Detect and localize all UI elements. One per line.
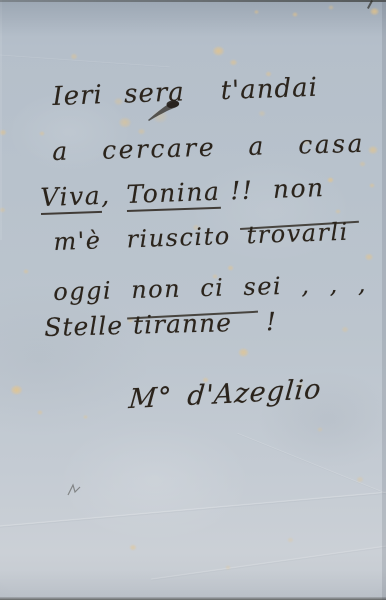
crossed-word-tiranne: tiranne bbox=[133, 310, 233, 338]
word-gap bbox=[111, 203, 127, 204]
line4-text-a: m'è riuscito bbox=[53, 222, 231, 256]
line3-comma: , bbox=[101, 181, 111, 210]
handwriting-line-6: Stelletiranne! bbox=[44, 309, 277, 340]
word-gap bbox=[232, 330, 266, 331]
line3-rest: !! non bbox=[230, 173, 325, 205]
line6-exclamation: ! bbox=[266, 307, 278, 336]
signature-line: M° d'Azeglio bbox=[128, 376, 323, 413]
line1-text-b: t'andai bbox=[220, 73, 318, 106]
line2-text: a cercare a casa bbox=[52, 129, 365, 166]
handwriting-line-2: a cercare a casa bbox=[52, 131, 365, 164]
handwriting-line-3: Viva,Tonina!! non bbox=[40, 175, 325, 210]
underlined-word-viva: Viva bbox=[40, 181, 102, 215]
letter-photo: Ieri serat'andai a cercare a casa Viva,T… bbox=[0, 0, 386, 600]
signature-text: M° d'Azeglio bbox=[127, 374, 322, 415]
ink-blot bbox=[146, 96, 182, 122]
crossed-word-trovarli: trovarli bbox=[246, 220, 349, 248]
line5-text: oggi non ci sei , , , , bbox=[53, 269, 386, 306]
handwriting: Ieri serat'andai a cercare a casa Viva,T… bbox=[0, 0, 386, 600]
word-gap bbox=[231, 243, 247, 244]
handwriting-line-5: oggi non ci sei , , , , bbox=[53, 271, 386, 304]
handwriting-line-1: Ieri serat'andai bbox=[52, 75, 318, 110]
handwriting-line-4: m'è riuscitotrovarli bbox=[53, 220, 349, 254]
blot-space bbox=[185, 99, 221, 100]
underlined-word-tonina: Tonina bbox=[126, 177, 221, 212]
line6-text-a: Stelle bbox=[44, 311, 123, 342]
